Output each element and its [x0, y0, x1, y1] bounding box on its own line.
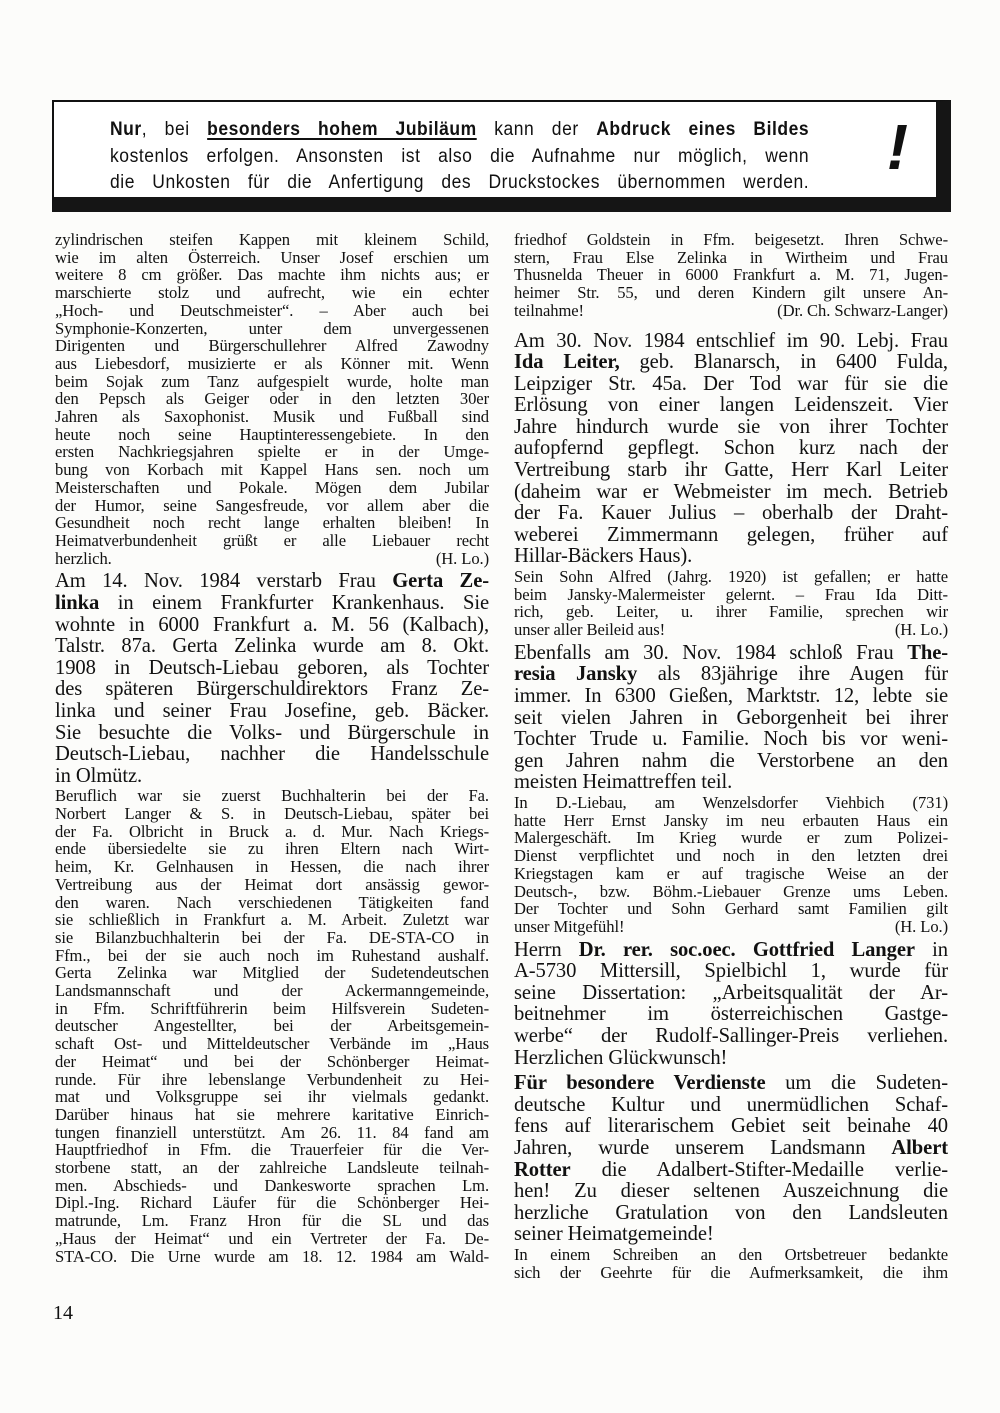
text-line: resia Jansky als 83jährige ihre Augen fü… — [514, 664, 948, 686]
notice-line-2: kostenlos erfolgen. Ansonsten ist also d… — [110, 144, 809, 171]
text-line: Erlösung von einer langen Leidenszeit. V… — [514, 395, 948, 417]
article-ernst-jansky: In D.-Liebau, am Wenzelsdorfer Viehbich … — [514, 794, 948, 936]
text-line: schaft Ost- und Mitteldeutscher Verbände… — [55, 1035, 489, 1053]
text-line: des späteren Bürgerschuldirektors Franz … — [55, 679, 489, 701]
text-line: beim Jansky-Malermeister gelernt. – Frau… — [514, 586, 948, 604]
notice-text-fragment: kann der — [477, 119, 597, 140]
text-line: stern, Frau Else Zelinka in Wirtheim und… — [514, 249, 948, 267]
text-line: sie schließlich in Frankfurt a. M. Arbei… — [55, 911, 489, 929]
notice-box: Nur, bei besonders hohem Jubiläum kann d… — [52, 100, 951, 212]
text-line: Kriegstagen kam er auf tragische Weise a… — [514, 865, 948, 883]
person-name: resia Jansky — [514, 663, 637, 685]
text-line: Sein Sohn Alfred (Jahrg. 1920) ist gefal… — [514, 568, 948, 586]
text-line: in Ffm. Schriftführerin beim Hilfsverein… — [55, 1000, 489, 1018]
exclamation-mark-icon: ! — [887, 112, 908, 182]
text-line: unser Mitgefühl! — [514, 918, 624, 936]
text-fragment: in einem Frankfurter Krankenhaus. Sie — [99, 592, 489, 614]
text-line: linka und seiner Frau Josefine, geb. Bäc… — [55, 701, 489, 723]
text-line: Am 30. Nov. 1984 entschlief im 90. Lebj.… — [514, 331, 948, 353]
text-line: Ida Leiter, geb. Blanarsch, in 6400 Fuld… — [514, 352, 948, 374]
person-name: Rotter — [514, 1159, 571, 1181]
text-line: Malergeschäft. Im Krieg wurde er zum Pol… — [514, 829, 948, 847]
author-signature: (H. Lo.) — [895, 621, 948, 639]
text-line: seine Dissertation: „Arbeitsqualität der… — [514, 983, 948, 1005]
text-line: deutsche Kultur und unermüdlichen Schaf- — [514, 1095, 948, 1117]
article-gerta-zelinka-burial: friedhof Goldstein in Ffm. beigesetzt. I… — [514, 231, 948, 320]
text-line: beim Sojak zum Tanz aufgespielt wurde, h… — [55, 373, 489, 391]
text-line: Für besondere Verdienste um die Sudeten- — [514, 1073, 948, 1095]
text-fragment: in — [915, 939, 948, 961]
text-line: Herzlichen Glückwunsch! — [514, 1048, 948, 1070]
text-line: heimer Str. 55, und deren Kindern gilt u… — [514, 284, 948, 302]
text-line: In D.-Liebau, am Wenzelsdorfer Viehbich … — [514, 794, 948, 812]
person-name: Dr. rer. soc.oec. Gottfried Langer — [579, 939, 915, 961]
text-line: Darüber hinaus hat sie mehrere karitativ… — [55, 1106, 489, 1124]
text-line: den waren. Nach verschiedenen Tätigkeite… — [55, 894, 489, 912]
person-name: The- — [907, 642, 948, 664]
text-line: runde. Für ihre lebenslange Verbundenhei… — [55, 1071, 489, 1089]
notice-line-3: die Unkosten für die Anfertigung des Dru… — [110, 170, 809, 197]
text-line: Talstr. 87a. Gerta Zelinka wurde am 8. O… — [55, 636, 489, 658]
text-line: Dirigenten und Bürgerschullehrer Alfred … — [55, 337, 489, 355]
text-line: „Haus der Heimat“ und ein Vertreter der … — [55, 1230, 489, 1248]
text-line: seit vielen Jahren in Geborgenheit bei i… — [514, 708, 948, 730]
text-line: herzlich. — [55, 550, 112, 568]
text-line: Landsmannschaft und der Ackermanngemeind… — [55, 982, 489, 1000]
page-number: 14 — [53, 1302, 73, 1325]
text-line: der Fa. Olbricht in Bruck a. d. Mur. Nac… — [55, 823, 489, 841]
text-line: Hauptfriedhof in Ffm. die Trauerfeier fü… — [55, 1141, 489, 1159]
text-line: marschierte stolz und aufrecht, wie ein … — [55, 284, 489, 302]
text-line: aufopfernd gepflegt. Schon kurz nach der — [514, 438, 948, 460]
text-line: werbe“ der Rudolf-Sallinger-Preis verlie… — [514, 1026, 948, 1048]
person-name: Albert — [891, 1137, 948, 1159]
text-line: zylindrischen steifen Kappen mit kleinem… — [55, 231, 489, 249]
left-column: zylindrischen steifen Kappen mit kleinem… — [55, 231, 489, 1265]
author-signature: (H. Lo.) — [895, 918, 948, 936]
text-line: teilnahme! — [514, 302, 584, 320]
person-name: Gerta Ze- — [392, 570, 489, 592]
text-line: der Heimat“ und bei der Schönberger Heim… — [55, 1053, 489, 1071]
text-line: mat und Volksgruppe sei ihr vielmals ged… — [55, 1088, 489, 1106]
text-line: weitere 8 cm größer. Das machte ihm nich… — [55, 266, 489, 284]
text-line: beitnehmer im österreichischen Gastge- — [514, 1004, 948, 1026]
text-line: Jahren als Saxophonist. Musik und Fußbal… — [55, 408, 489, 426]
text-line: den Pepsch als Geiger oder in den letzte… — [55, 390, 489, 408]
text-fragment: die Adalbert-Stifter-Medaille verlie- — [571, 1159, 948, 1181]
person-name: linka — [55, 592, 99, 614]
text-line: (daheim war er Webmeister im mech. Betri… — [514, 482, 948, 504]
text-line: in Olmütz. — [55, 766, 489, 788]
text-line: der Humor, seine Sangesfreude, vor allem… — [55, 497, 489, 515]
text-fragment: Am 14. Nov. 1984 verstarb Frau — [55, 570, 392, 592]
text-line: bung von Korbach mit Kappel Hans sen. no… — [55, 461, 489, 479]
article-gerta-zelinka-career: Beruflich war sie zuerst Buchhalterin be… — [55, 787, 489, 1265]
text-line: Gerta Zelinka war Mitglied der Sudetende… — [55, 964, 489, 982]
text-line: Meisterschaften und Pokale. Mögen dem Ju… — [55, 479, 489, 497]
text-line: der Fa. Kauer Julius – oberhalb der Drah… — [514, 503, 948, 525]
text-line: Jahre hindurch wurde sie von ihrer Tocht… — [514, 417, 948, 439]
text-line: friedhof Goldstein in Ffm. beigesetzt. I… — [514, 231, 948, 249]
article-ida-leiter-family: Sein Sohn Alfred (Jahrg. 1920) ist gefal… — [514, 568, 948, 639]
text-line: Deutsch-Liebau, nachher die Handelsschul… — [55, 744, 489, 766]
text-line: A-5730 Mittersill, Spielbichl 1, wurde f… — [514, 961, 948, 983]
text-line: Symphonie-Konzerten, unter dem unvergess… — [55, 320, 489, 338]
text-line: gen Jahren nahm die Verstorbene an den — [514, 751, 948, 773]
text-line: weberei Zimmermann gelegen, früher auf — [514, 525, 948, 547]
text-line: Ebenfalls am 30. Nov. 1984 schloß Frau T… — [514, 643, 948, 665]
notice-emphasis: Nur — [110, 119, 142, 140]
text-line: Dienst verpflichtet und noch in den letz… — [514, 847, 948, 865]
text-line: meisten Heimattreffen teil. — [514, 772, 948, 794]
text-line: aus Liebesdorf, musizierte er als Könner… — [55, 355, 489, 373]
article-langer-award: Herrn Dr. rer. soc.oec. Gottfried Langer… — [514, 940, 948, 1070]
text-line: Am 14. Nov. 1984 verstarb Frau Gerta Ze- — [55, 571, 489, 593]
text-fragment: Jahren, wurde unserem Landsmann — [514, 1137, 891, 1159]
author-signature: (Dr. Ch. Schwarz-Langer) — [777, 302, 948, 320]
text-line: heute noch seine Hauptinteressengebiete.… — [55, 426, 489, 444]
right-column: friedhof Goldstein in Ffm. beigesetzt. I… — [514, 231, 948, 1281]
text-fragment: als 83jährige ihre Augen für — [637, 663, 948, 685]
notice-text-fragment: , bei — [142, 119, 207, 140]
text-line: tungen finanziell unterstützt. Am 26. 11… — [55, 1124, 489, 1142]
article-josef-continuation: zylindrischen steifen Kappen mit kleinem… — [55, 231, 489, 567]
text-fragment: Ebenfalls am 30. Nov. 1984 schloß Frau — [514, 642, 907, 664]
text-line: „Hoch- und Deutschmeister“. – Aber auch … — [55, 302, 489, 320]
text-line: 1908 in Deutsch-Liebau geboren, als Toch… — [55, 658, 489, 680]
signature-line: unser Mitgefühl! (H. Lo.) — [514, 918, 948, 936]
text-line: Herrn Dr. rer. soc.oec. Gottfried Langer… — [514, 940, 948, 962]
notice-emphasis: Abdruck eines Bildes — [596, 119, 809, 140]
notice-underlined-emphasis: besonders hohem Jubiläum — [207, 119, 477, 140]
text-line: men. Abschieds- und Dankesworte sprachen… — [55, 1177, 489, 1195]
text-line: Ffm., bei der sie auch noch im Ruhestand… — [55, 947, 489, 965]
person-name: Ida Leiter, — [514, 351, 620, 373]
text-line: seiner Heimatgemeinde! — [514, 1224, 948, 1246]
text-line: Hillar-Bäckers Haus). — [514, 546, 948, 568]
headline-emphasis: Für besondere Verdienste — [514, 1072, 766, 1094]
text-line: Heimatverbundenheit grüßt er alle Liebau… — [55, 532, 489, 550]
text-line: Rotter die Adalbert-Stifter-Medaille ver… — [514, 1160, 948, 1182]
text-fragment: geb. Blanarsch, in 6400 Fulda, — [620, 351, 948, 373]
author-signature: (H. Lo.) — [436, 550, 489, 568]
text-line: Dipl.-Ing. Richard Läufer für die Schönb… — [55, 1194, 489, 1212]
text-line: linka in einem Frankfurter Krankenhaus. … — [55, 593, 489, 615]
signature-line: teilnahme! (Dr. Ch. Schwarz-Langer) — [514, 302, 948, 320]
signature-line: herzlich. (H. Lo.) — [55, 550, 489, 568]
text-line: Jahren, wurde unserem Landsmann Albert — [514, 1138, 948, 1160]
article-gerta-zelinka-obituary: Am 14. Nov. 1984 verstarb Frau Gerta Ze-… — [55, 571, 489, 787]
text-line: rich, geb. Leiter, u. ihrer Familie, spr… — [514, 603, 948, 621]
text-line: immer. In 6300 Gießen, Marktstr. 12, leb… — [514, 686, 948, 708]
text-line: unser aller Beileid aus! — [514, 621, 665, 639]
notice-text: Nur, bei besonders hohem Jubiläum kann d… — [110, 117, 809, 197]
text-line: hen! Zu dieser seltenen Auszeichnung die — [514, 1181, 948, 1203]
text-line: herzliche Gratulation von den Landsleute… — [514, 1203, 948, 1225]
article-theresia-jansky-obituary: Ebenfalls am 30. Nov. 1984 schloß Frau T… — [514, 643, 948, 794]
text-line: storbene statt, an der zahlreiche Landsl… — [55, 1159, 489, 1177]
text-line: deutscher Angestellter, bei der Arbeitsg… — [55, 1017, 489, 1035]
text-line: Der Tochter und Sohn Gerhard samt Famili… — [514, 900, 948, 918]
text-line: sie Bilanzbuchhalterin bei der Fa. DE-ST… — [55, 929, 489, 947]
text-line: heim, Kr. Gelnhausen in Hessen, die nach… — [55, 858, 489, 876]
text-line: Tochter Trude u. Familie. Noch bis vor w… — [514, 729, 948, 751]
text-line: Vertreibung starb ihr Gatte, Herr Karl L… — [514, 460, 948, 482]
text-line: hatte Herr Ernst Jansky im neu erbauten … — [514, 812, 948, 830]
text-line: Thusnelda Theuer in 6000 Frankfurt a. M.… — [514, 266, 948, 284]
text-line: ersten Nachkriegsjahren spielte er in de… — [55, 443, 489, 461]
article-rotter-letter: In einem Schreiben an den Ortsbetreuer b… — [514, 1246, 948, 1281]
article-rotter-medal: Für besondere Verdienste um die Sudeten-… — [514, 1073, 948, 1246]
text-line: STA-CO. Die Urne wurde am 18. 12. 1984 a… — [55, 1248, 489, 1266]
text-line: Norbert Langer & S. in Deutsch-Liebau, s… — [55, 805, 489, 823]
text-line: Deutsch-, bzw. Böhm.-Liebauer Grenze ums… — [514, 883, 948, 901]
text-line: wohnte in 6000 Frankfurt a. M. 56 (Kalba… — [55, 615, 489, 637]
text-line: fens auf literarischem Gebiet seit beina… — [514, 1116, 948, 1138]
text-line: Vertreibung aus der Heimat dort ansässig… — [55, 876, 489, 894]
text-line: Leipziger Str. 45a. Der Tod war für sie … — [514, 374, 948, 396]
article-ida-leiter-obituary: Am 30. Nov. 1984 entschlief im 90. Lebj.… — [514, 331, 948, 569]
text-line: sich der Geehrte für die Aufmerksamkeit,… — [514, 1264, 948, 1282]
text-fragment: um die Sudeten- — [766, 1072, 948, 1094]
text-line: Beruflich war sie zuerst Buchhalterin be… — [55, 787, 489, 805]
text-line: Gesundheit noch recht lange erhalten ble… — [55, 514, 489, 532]
text-fragment: Herrn — [514, 939, 579, 961]
signature-line: unser aller Beileid aus! (H. Lo.) — [514, 621, 948, 639]
text-line: In einem Schreiben an den Ortsbetreuer b… — [514, 1246, 948, 1264]
text-line: wie im alten Österreich. Unser Josef ers… — [55, 249, 489, 267]
text-line: Sie besuchte die Volks- und Bürgerschule… — [55, 723, 489, 745]
text-line: ende übersiedelte sie zu ihren Eltern na… — [55, 840, 489, 858]
text-line: matrunde, Lm. Franz Hron für die SL und … — [55, 1212, 489, 1230]
notice-line-1: Nur, bei besonders hohem Jubiläum kann d… — [110, 117, 809, 144]
